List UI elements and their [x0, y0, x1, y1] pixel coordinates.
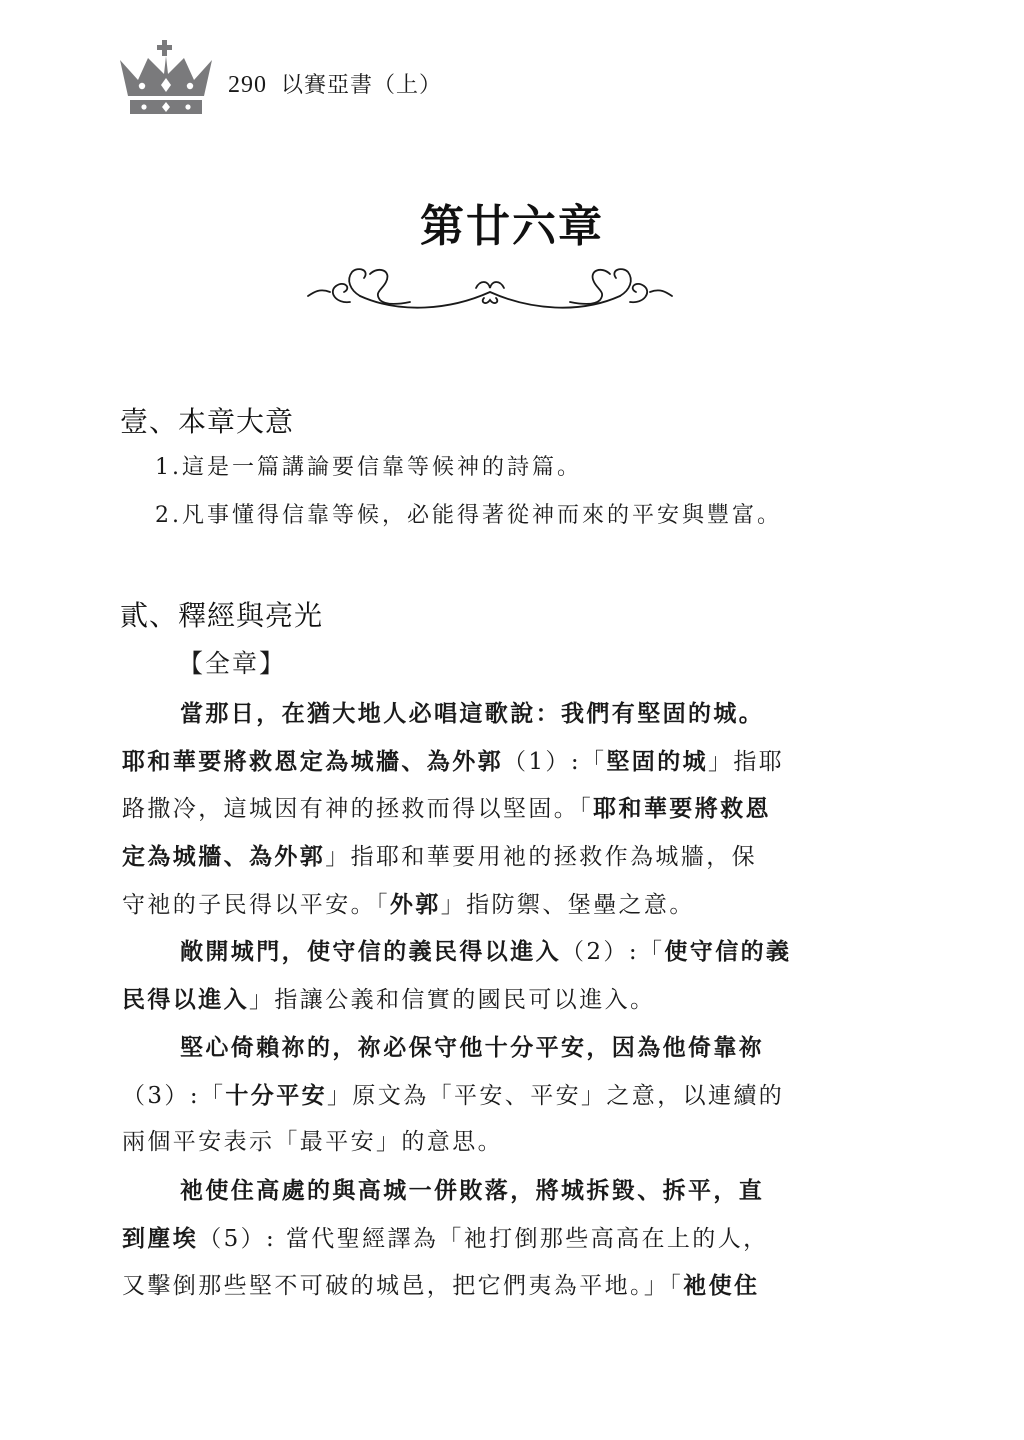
flourish-ornament-icon	[300, 262, 680, 314]
bold-verse-text: 十分平安	[225, 1082, 327, 1109]
bold-verse-text: 祂使住	[683, 1272, 759, 1299]
body-line: 兩個平安表示「最平安」的意思。	[122, 1119, 857, 1167]
summary-list: 1.這是一篇講論要信靠等候神的詩篇。 2.凡事懂得信靠等候，必能得著從神而來的平…	[155, 444, 782, 540]
list-item: 2.凡事懂得信靠等候，必能得著從神而來的平安與豐富。	[155, 492, 782, 540]
commentary-text: （3）:「	[122, 1083, 225, 1109]
bold-verse-text: 敞開城門，使守信的義民得以進入	[180, 938, 561, 965]
body-line: 守祂的子民得以平安。「外郭」指防禦、堡壘之意。	[122, 881, 857, 929]
page-number: 290	[228, 72, 267, 98]
commentary-text: （5）: 當代聖經譯為「祂打倒那些高高在上的人，	[198, 1226, 768, 1252]
book-title: 以賽亞書（上）	[281, 73, 442, 98]
body-line: 當那日，在猶大地人必唱這歌說：我們有堅固的城。	[122, 690, 857, 738]
body-line: 敞開城門，使守信的義民得以進入（2）:「使守信的義	[122, 928, 857, 976]
chapter-title: 第廿六章	[0, 190, 1024, 254]
commentary-text: 」指耶	[708, 749, 784, 775]
crown-icon	[118, 40, 214, 116]
body-line: 又擊倒那些堅不可破的城邑，把它們夷為平地。」「祂使住	[122, 1262, 857, 1310]
commentary-text: 守祂的子民得以平安。「	[122, 892, 390, 918]
commentary-text: 路撒冷，這城因有神的拯救而得以堅固。「	[122, 796, 593, 822]
commentary-text: 又擊倒那些堅不可破的城邑，把它們夷為平地。」「	[122, 1273, 683, 1299]
bold-verse-text: 到塵埃	[122, 1225, 198, 1252]
body-line: 耶和華要將救恩定為城牆、為外郭（1）:「堅固的城」指耶	[122, 738, 857, 786]
body-line: 路撒冷，這城因有神的拯救而得以堅固。「耶和華要將救恩	[122, 785, 857, 833]
bold-verse-text: 使守信的義	[664, 938, 791, 965]
bold-verse-text: 外郭	[390, 891, 441, 918]
subheading-whole-chapter: 【全章】	[178, 644, 286, 680]
body-line: 堅心倚賴祢的，祢必保守他十分平安，因為他倚靠祢	[122, 1024, 857, 1072]
bold-verse-text: 定為城牆、為外郭	[122, 843, 325, 870]
commentary-text: 」指耶和華要用祂的拯救作為城牆，保	[325, 844, 757, 870]
body-line: 到塵埃（5）: 當代聖經譯為「祂打倒那些高高在上的人，	[122, 1215, 857, 1263]
bold-verse-text: 耶和華要將救恩定為城牆、為外郭	[122, 748, 503, 775]
bold-verse-text: 耶和華要將救恩	[593, 795, 771, 822]
commentary-text: 」指防禦、堡壘之意。	[441, 892, 695, 918]
commentary-text: （1）:「	[503, 749, 606, 775]
bold-verse-text: 民得以進入	[122, 986, 249, 1013]
bold-verse-text: 堅心倚賴祢的，祢必保守他十分平安，因為他倚靠祢	[180, 1034, 764, 1061]
bold-verse-text: 當那日，在猶大地人必唱這歌說：我們有堅固的城。	[180, 700, 764, 727]
running-head-text: 290以賽亞書（上）	[228, 68, 442, 99]
commentary-text: 兩個平安表示「最平安」的意思。	[122, 1129, 503, 1155]
section-heading-exegesis: 貳、釋經與亮光	[120, 594, 323, 634]
commentary-text: 」原文為「平安、平安」之意，以連續的	[327, 1083, 784, 1109]
bold-verse-text: 祂使住高處的與高城一併敗落，將城拆毀、拆平，直	[180, 1177, 764, 1204]
section-heading-summary: 壹、本章大意	[120, 400, 294, 440]
commentary-text: 」指讓公義和信實的國民可以進入。	[249, 987, 655, 1013]
exegesis-body: 當那日，在猶大地人必唱這歌說：我們有堅固的城。耶和華要將救恩定為城牆、為外郭（1…	[122, 690, 857, 1310]
list-item: 1.這是一篇講論要信靠等候神的詩篇。	[155, 444, 782, 492]
commentary-text: （2）:「	[561, 939, 664, 965]
bold-verse-text: 堅固的城	[606, 748, 708, 775]
body-line: 定為城牆、為外郭」指耶和華要用祂的拯救作為城牆，保	[122, 833, 857, 881]
body-line: 民得以進入」指讓公義和信實的國民可以進入。	[122, 976, 857, 1024]
body-line: 祂使住高處的與高城一併敗落，將城拆毀、拆平，直	[122, 1167, 857, 1215]
running-header: 290以賽亞書（上）	[118, 38, 442, 118]
body-line: （3）:「十分平安」原文為「平安、平安」之意，以連續的	[122, 1072, 857, 1120]
